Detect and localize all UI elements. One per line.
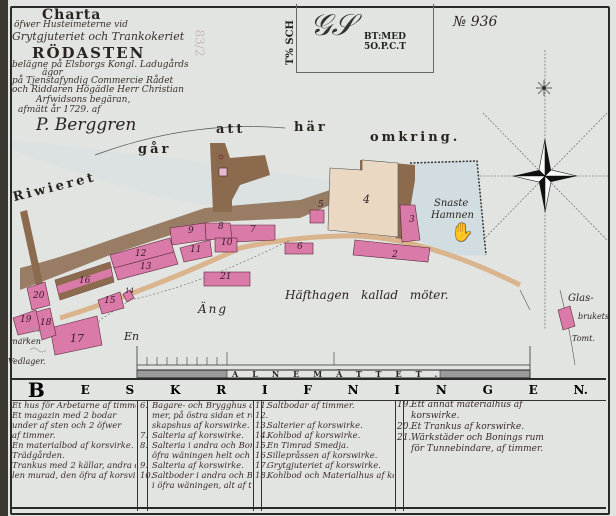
subtitle-line: och Riddaren Högädle Herr Christian — [12, 85, 184, 95]
description-column-2: 6.Bagare- och Brygghus af tim- mer, på ö… — [140, 400, 252, 506]
label-har: här — [294, 120, 328, 135]
label-en: En — [124, 330, 139, 343]
building-number: 18 — [40, 318, 51, 328]
label-att: att — [216, 122, 245, 137]
label-glas: Glas- — [568, 293, 594, 304]
description-row: 19.Ett annat materialhus af — [397, 400, 602, 411]
pencil-mark: 83/2 — [192, 30, 206, 57]
heading-letter: N — [348, 383, 359, 397]
table-bottom-border — [10, 507, 606, 509]
stamp-left: T% SCH — [285, 20, 296, 65]
description-column-4: 19.Ett annat materialhus af korswirke. 2… — [397, 400, 602, 506]
heading-letter: N. — [574, 383, 588, 397]
description-row: skapshus af korswirke. — [140, 420, 252, 430]
subtitle-line: belägne på Elsborgs Kongl. Ladugårds — [12, 60, 189, 70]
stamp-right-line: 5O.P.C.T — [364, 42, 406, 52]
description-row: 20.Et Trankus af korswirke. — [397, 422, 602, 433]
description-row: 6.Bagare- och Brygghus af tim- — [140, 400, 252, 410]
building-number: 11 — [190, 245, 201, 255]
description-row: 11.Saltbodar af timmer. — [255, 400, 394, 410]
title-line: öfwer Husteimeterne vid — [14, 20, 128, 30]
heading-letter: B — [28, 378, 45, 402]
description-row: En materialbod af korsvirke. — [12, 440, 136, 450]
heading-letter: E — [529, 383, 538, 397]
label-brukets: brukets — [578, 312, 609, 321]
description-table: B E S K R I F N I N G E N. Et hus för Ar… — [10, 378, 606, 511]
heading-letter: S — [126, 383, 135, 397]
compass-rose-icon — [513, 139, 577, 212]
description-row: len murad, den öfra af korsvirke. — [12, 470, 136, 480]
description-row: Et magazin med 2 bodar — [12, 410, 136, 420]
building-number: 12 — [135, 249, 146, 259]
archive-number: № 936 — [453, 14, 497, 30]
heading-letter: E — [81, 383, 90, 397]
building-number: 3 — [409, 215, 415, 225]
description-row: Trädgården. — [12, 450, 136, 460]
building-number: 16 — [79, 276, 90, 286]
description-row: 21.Wärkstäder och Bonings rum — [397, 433, 602, 444]
building-number: 13 — [140, 262, 151, 272]
building-number: 5 — [318, 200, 324, 210]
buildings — [13, 205, 575, 355]
description-row: mer, på östra sidan et red- — [140, 410, 252, 420]
description-row: Trankus med 2 källar, andra de- — [12, 460, 136, 470]
label-hasthagen: Häfthagen kallad möter. — [285, 288, 449, 302]
description-row: för Tunnebindare, af timmer. — [397, 444, 602, 455]
description-row: af timmer. — [12, 430, 136, 440]
heading-letter: N — [436, 383, 447, 397]
label-tomt: Tomt. — [572, 334, 595, 343]
building-number: 4 — [363, 193, 370, 206]
heading-letter: I — [262, 383, 268, 397]
subtitle-line: Arfwidsons begäran, — [36, 95, 130, 105]
description-row: 16.Sillepråssen af korswirke. — [255, 450, 394, 460]
label-vedlager: Vedlager. — [8, 357, 46, 366]
building-number: 20 — [33, 291, 44, 301]
description-row: 18.Kohlbod och Materialhus af korswirke. — [255, 470, 394, 480]
description-row: Et hus för Arbetarne af timmer. — [12, 400, 136, 410]
label-marken: marken — [10, 337, 41, 346]
label-snaste: Snaste — [434, 198, 468, 209]
building-number: 14 — [125, 287, 134, 295]
column-divider — [137, 400, 138, 511]
label-ang: Äng — [198, 302, 228, 316]
building-number: 19 — [20, 315, 31, 325]
heading-letter: R — [216, 383, 226, 397]
description-row: i öfra wäningen, alt af timmer. — [140, 480, 252, 490]
description-heading: B E S K R I F N I N G E N. — [10, 378, 606, 401]
label-hamnen: Hamnen — [431, 210, 474, 221]
north-star-icon — [536, 80, 552, 96]
building-number: 9 — [188, 226, 194, 236]
label-gar: går — [138, 142, 171, 157]
building-number: 10 — [221, 238, 232, 248]
description-row: 15.En Timrad Smedja. — [255, 440, 394, 450]
title-line: Grytgjuteriet och Trankokeriet — [12, 30, 184, 43]
heading-letter: G — [483, 383, 493, 397]
description-row: 8.Salteria i andra och Bonings rum i — [140, 440, 252, 450]
column-divider — [253, 400, 254, 511]
description-row: 13.Salterier af korswirke. — [255, 420, 394, 430]
building-number: 21 — [220, 272, 231, 282]
heading-letter: F — [303, 383, 312, 397]
monogram-stamp-icon: 𝒢𝒮 — [310, 8, 355, 43]
map-sheet: Charta öfwer Husteimeterne vid Grytgjute… — [0, 0, 616, 516]
description-row: 7.Salteria af korswirke. — [140, 430, 252, 440]
stamp-right-line: BT:MED — [364, 32, 406, 42]
description-row: korswirke. — [397, 411, 602, 422]
description-column-3: 11.Saltbodar af timmer. 12. 13.Salterier… — [255, 400, 394, 506]
subtitle-line: afmätt år 1729. af — [18, 105, 101, 115]
description-row: under af sten och 2 öfwer — [12, 420, 136, 430]
label-omkring: omkring. — [370, 130, 460, 145]
description-row: 14.Kohlbod af korswirke. — [255, 430, 394, 440]
description-column-1: Et hus för Arbetarne af timmer. Et magaz… — [12, 400, 136, 506]
heading-letter: I — [394, 383, 400, 397]
description-row: 9.Salteria af korswirke. — [140, 460, 252, 470]
surveyor-signature: P. Berggren — [36, 115, 136, 135]
description-row: 12. — [255, 410, 394, 420]
building-number: 15 — [104, 296, 115, 306]
description-row: 17.Grytgjuteriet af korswirke. — [255, 460, 394, 470]
building-number: 2 — [392, 250, 398, 260]
building-number: 8 — [218, 222, 224, 232]
heading-letter: K — [170, 383, 180, 397]
building-number: 17 — [70, 332, 84, 345]
building-number: 6 — [297, 242, 303, 252]
building-number: 7 — [250, 225, 256, 235]
description-row: 10.Saltboder i andra och Bonings rum — [140, 470, 252, 480]
description-row: öfra wäningen helt och hållit af timmer. — [140, 450, 252, 460]
hand-cursor-icon: ✋ — [451, 222, 473, 243]
column-divider — [395, 400, 396, 511]
stamp-right: BT:MED 5O.P.C.T — [364, 32, 406, 52]
